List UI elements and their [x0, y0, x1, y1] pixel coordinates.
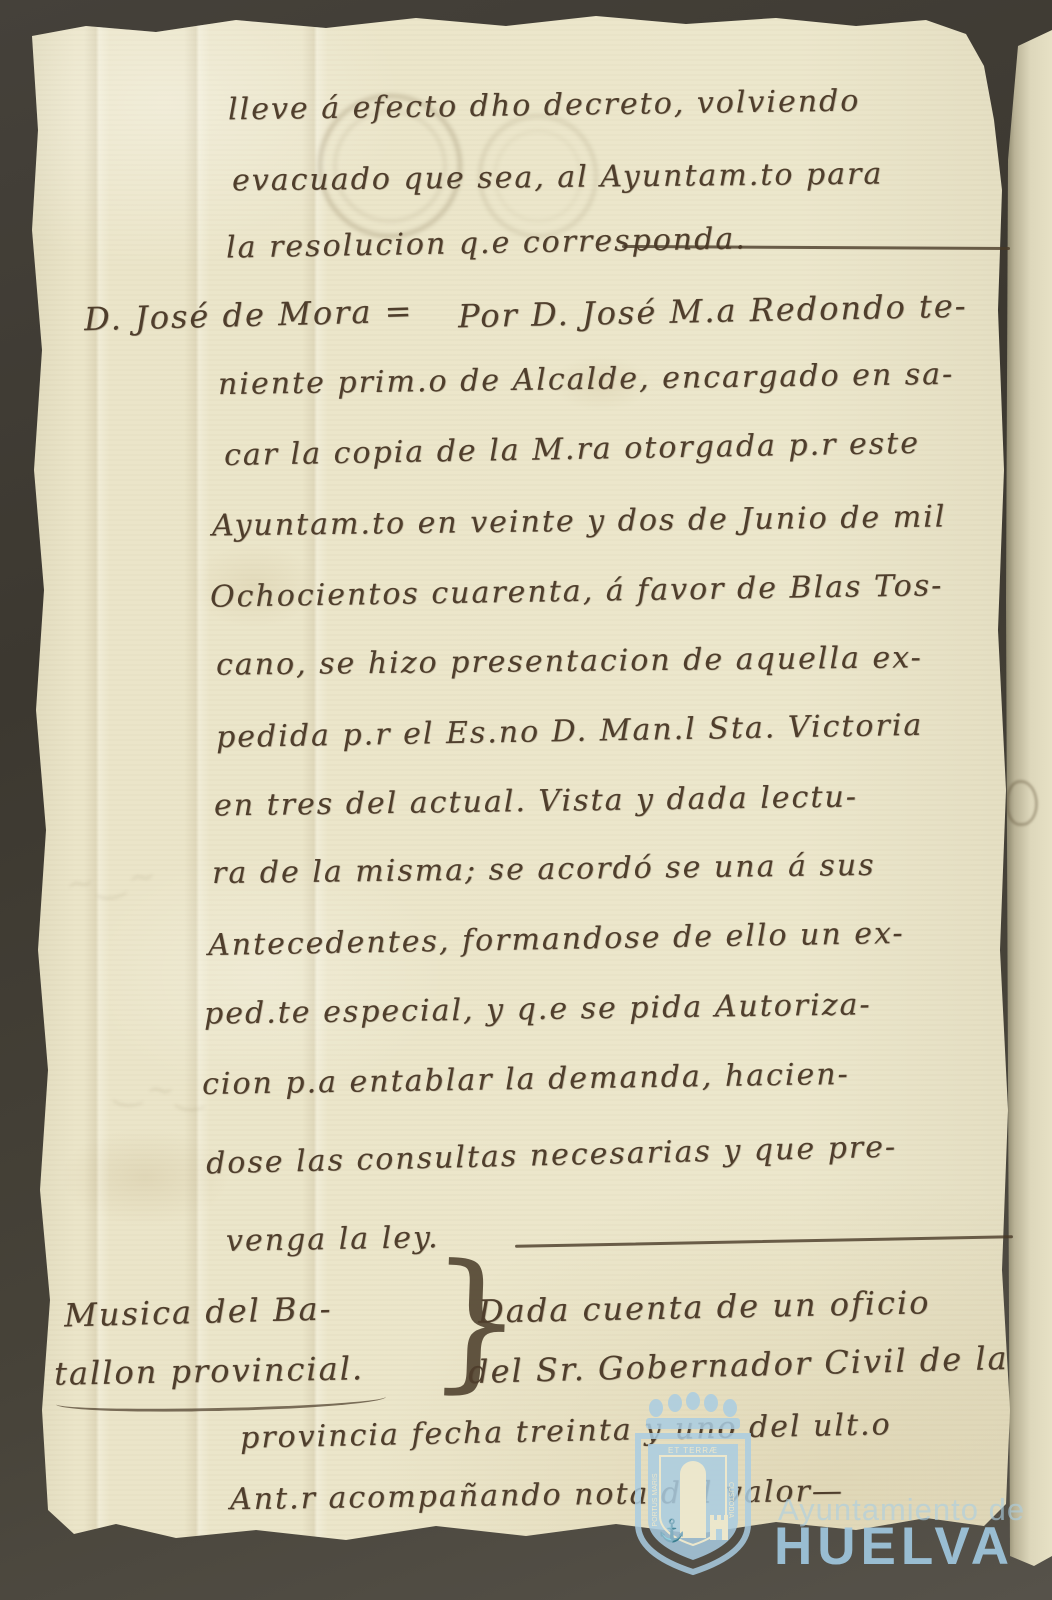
- margin-note-musica: Musica del Ba-: [64, 1289, 333, 1334]
- next-page-edge: [1004, 0, 1052, 1600]
- ink-bleed-through: ‿~‿: [115, 1067, 210, 1113]
- margin-note-musica: tallon provincial.: [54, 1349, 365, 1392]
- ink-bleed-through: ~‿~: [64, 855, 161, 905]
- paper-crease: [184, 10, 210, 1566]
- ink-ghost-mark: [1006, 780, 1038, 826]
- manuscript-line: venga la ley.: [226, 1220, 440, 1259]
- archive-scan: ~‿~ ‿~‿ lleve á efecto dho decreto, volv…: [0, 0, 1052, 1600]
- manuscript-line: evacuado que sea, al Ayuntam.to para: [232, 157, 884, 199]
- manuscript-line: cano, se hizo presentacion de aquella ex…: [216, 640, 923, 682]
